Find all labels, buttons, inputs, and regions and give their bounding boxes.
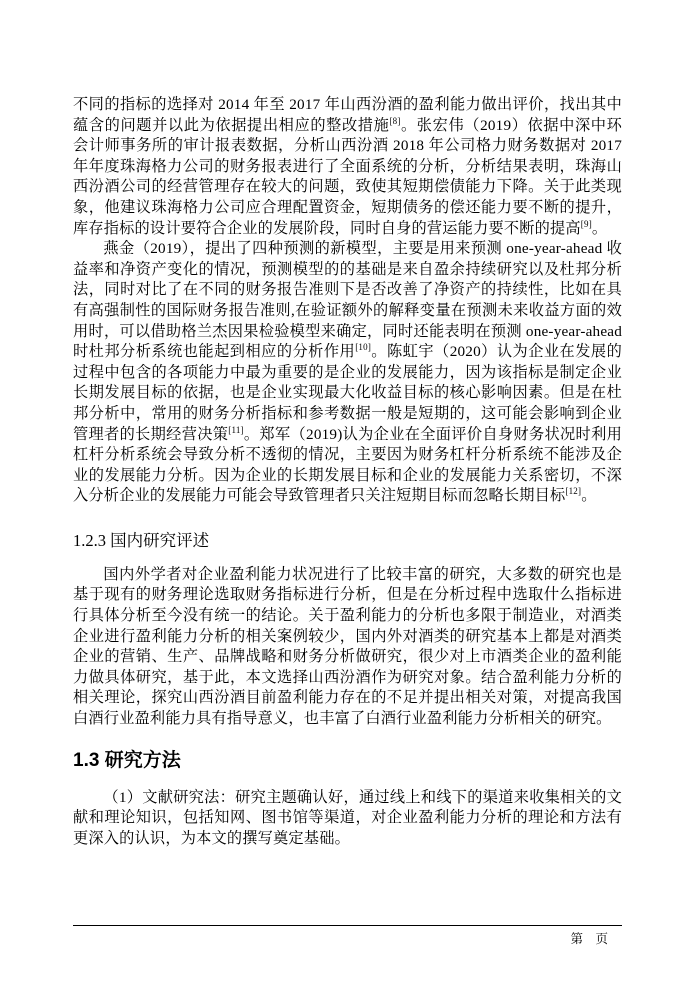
document-page: 不同的指标的选择对 2014 年至 2017 年山西汾酒的盈利能力做出评价，找出… — [0, 0, 695, 982]
page-number-label: 第 页 — [73, 926, 622, 947]
paragraph-literature-review-continued: 不同的指标的选择对 2014 年至 2017 年山西汾酒的盈利能力做出评价，找出… — [73, 95, 622, 239]
paragraph-literature-research-method: （1）文献研究法：研究主题确认好，通过线上和线下的渠道来收集相关的文献和理论知识… — [73, 788, 622, 850]
document-body: 不同的指标的选择对 2014 年至 2017 年山西汾酒的盈利能力做出评价，找出… — [73, 95, 622, 849]
page-footer: 第 页 — [73, 925, 622, 947]
heading-1-3-research-methods: 1.3 研究方法 — [73, 748, 622, 773]
heading-1-2-3-domestic-research-review: 1.2.3 国内研究评述 — [73, 529, 622, 552]
paragraph-domestic-research-summary: 国内外学者对企业盈利能力状况进行了比较丰富的研究，大多数的研究也是基于现有的财务… — [73, 565, 622, 730]
paragraph-prediction-models: 燕金（2019），提出了四种预测的新模型，主要是用来预测 one-year-ah… — [73, 239, 622, 507]
